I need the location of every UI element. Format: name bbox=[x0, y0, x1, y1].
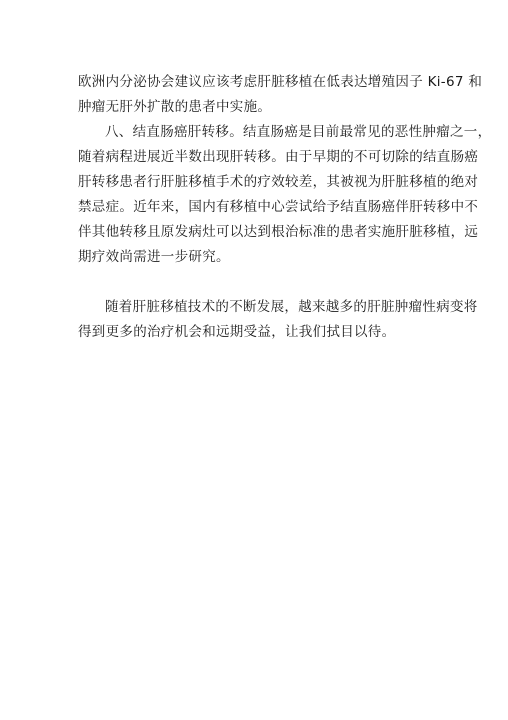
text-line: 随着肝脏移植技术的不断发展，越来越多的肝脏肿瘤性病变将 bbox=[78, 299, 436, 324]
paragraph-spacer bbox=[78, 274, 436, 299]
text-line: 期疗效尚需进一步研究。 bbox=[78, 249, 436, 274]
text-line: 肿瘤无肝外扩散的患者中实施。 bbox=[78, 99, 436, 124]
text-line: 肝转移患者行肝脏移植手术的疗效较差，其被视为肝脏移植的绝对 bbox=[78, 174, 436, 199]
paragraph-colorectal-liver-metastasis: 八、结直肠癌肝转移。结直肠癌是目前最常见的恶性肿瘤之一， 随着病程进展近半数出现… bbox=[78, 124, 436, 274]
text-line: 欧洲内分泌协会建议应该考虑肝脏移植在低表达增殖因子 Ki-67 和 bbox=[78, 74, 436, 99]
document-page: 欧洲内分泌协会建议应该考虑肝脏移植在低表达增殖因子 Ki-67 和 肿瘤无肝外扩… bbox=[78, 74, 436, 349]
paragraph-conclusion: 随着肝脏移植技术的不断发展，越来越多的肝脏肿瘤性病变将 得到更多的治疗机会和远期… bbox=[78, 299, 436, 349]
paragraph-endocrine-recommendation: 欧洲内分泌协会建议应该考虑肝脏移植在低表达增殖因子 Ki-67 和 肿瘤无肝外扩… bbox=[78, 74, 436, 124]
text-line: 随着病程进展近半数出现肝转移。由于早期的不可切除的结直肠癌 bbox=[78, 149, 436, 174]
text-line: 伴其他转移且原发病灶可以达到根治标准的患者实施肝脏移植，远 bbox=[78, 224, 436, 249]
text-line: 得到更多的治疗机会和远期受益，让我们拭目以待。 bbox=[78, 324, 436, 349]
text-line: 八、结直肠癌肝转移。结直肠癌是目前最常见的恶性肿瘤之一， bbox=[78, 124, 436, 149]
text-line: 禁忌症。近年来，国内有移植中心尝试给予结直肠癌伴肝转移中不 bbox=[78, 199, 436, 224]
